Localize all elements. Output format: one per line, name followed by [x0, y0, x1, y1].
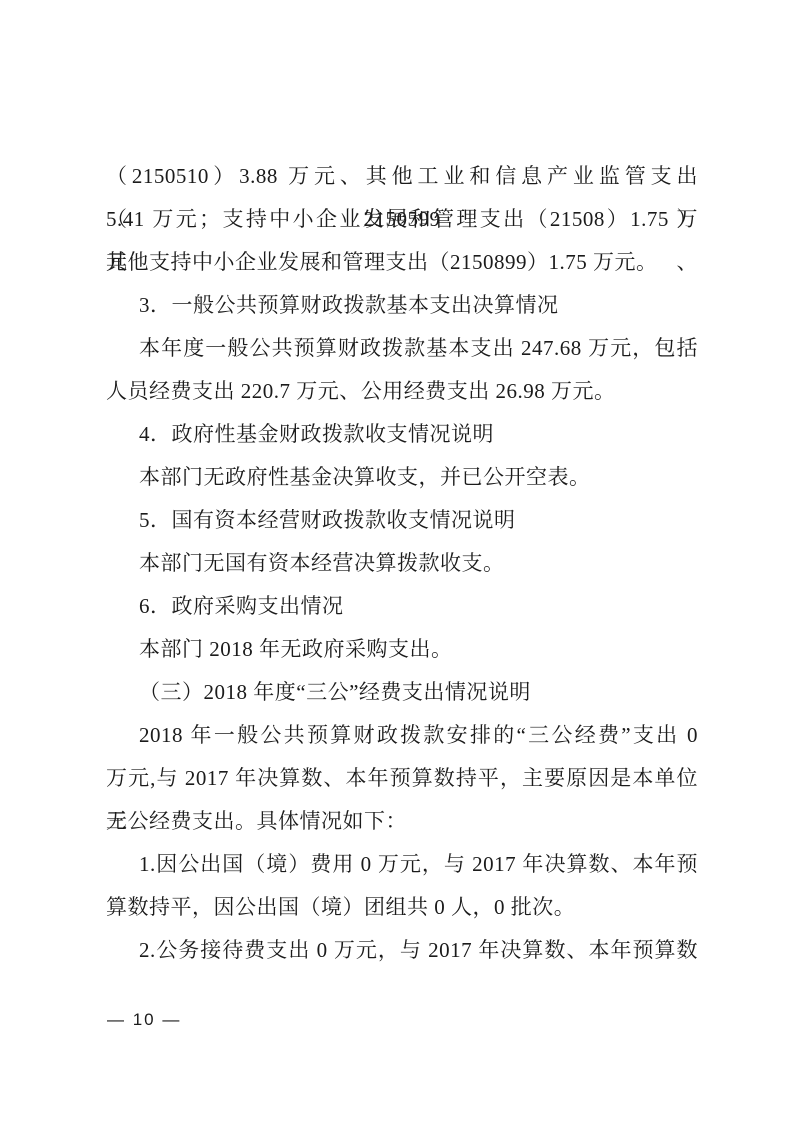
- text-line: 其他支持中小企业发展和管理支出（2150899）1.75 万元。: [106, 241, 698, 284]
- text-line: 5.41 万元；支持中小企业发展和管理支出（21508）1.75 万元、: [106, 198, 698, 241]
- text-line: 2018 年一般公共预算财政拨款安排的“三公经费”支出 0: [106, 714, 698, 757]
- text-line: 万元,与 2017 年决算数、本年预算数持平，主要原因是本单位无: [106, 757, 698, 800]
- text-line: 1.因公出国（境）费用 0 万元，与 2017 年决算数、本年预: [106, 843, 698, 886]
- text-line: 2.公务接待费支出 0 万元，与 2017 年决算数、本年预算数: [106, 929, 698, 972]
- page-number: — 10 —: [107, 1010, 181, 1030]
- text-line: 本部门 2018 年无政府采购支出。: [106, 628, 698, 671]
- text-line: 算数持平，因公出国（境）团组共 0 人，0 批次。: [106, 886, 698, 929]
- text-line: 本年度一般公共预算财政拨款基本支出 247.68 万元，包括: [106, 327, 698, 370]
- text-line: （2150510）3.88 万元、其他工业和信息产业监管支出（2150599）: [106, 155, 698, 198]
- text-line: 人员经费支出 220.7 万元、公用经费支出 26.98 万元。: [106, 370, 698, 413]
- text-line: 4．政府性基金财政拨款收支情况说明: [106, 413, 698, 456]
- text-line: 本部门无国有资本经营决算拨款收支。: [106, 542, 698, 585]
- document-page: （2150510）3.88 万元、其他工业和信息产业监管支出（2150599）5…: [0, 0, 793, 1122]
- text-line: 本部门无政府性基金决算收支，并已公开空表。: [106, 456, 698, 499]
- document-body: （2150510）3.88 万元、其他工业和信息产业监管支出（2150599）5…: [106, 155, 698, 972]
- text-line: 5．国有资本经营财政拨款收支情况说明: [106, 499, 698, 542]
- text-line: 三公经费支出。具体情况如下：: [106, 800, 698, 843]
- text-line: 3．一般公共预算财政拨款基本支出决算情况: [106, 284, 698, 327]
- text-line: （三）2018 年度“三公”经费支出情况说明: [106, 671, 698, 714]
- text-line: 6．政府采购支出情况: [106, 585, 698, 628]
